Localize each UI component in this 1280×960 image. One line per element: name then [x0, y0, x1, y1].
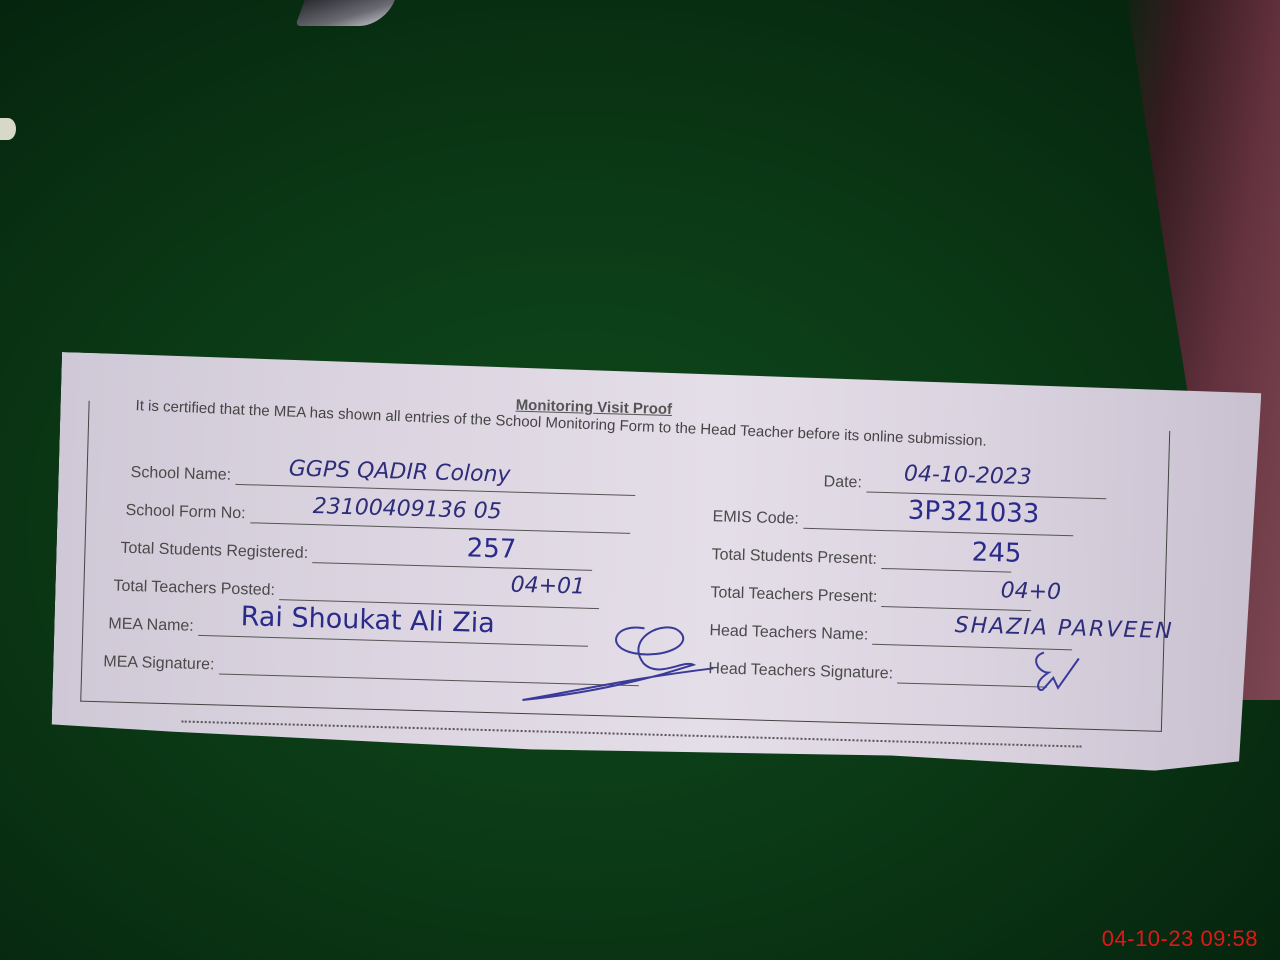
head-teacher-name-label: Head Teachers Name:: [709, 622, 868, 643]
total-students-present-value: 245: [971, 537, 1021, 568]
monitoring-visit-proof-slip: Monitoring Visit Proof It is certified t…: [51, 352, 1261, 773]
total-students-present-label: Total Students Present:: [711, 546, 877, 568]
school-name-label: School Name:: [130, 464, 231, 484]
emis-code-value: 3P321033: [907, 496, 1039, 530]
school-form-no-label: School Form No:: [125, 502, 245, 522]
total-students-registered-value: 257: [466, 533, 516, 564]
camera-timestamp: 04-10-23 09:58: [1102, 926, 1258, 952]
pen-object: [295, 0, 394, 26]
total-teachers-present-value: 04+0: [1000, 578, 1061, 605]
total-teachers-posted-value: 04+01: [510, 573, 585, 600]
total-teachers-posted-label: Total Teachers Posted:: [113, 578, 275, 600]
school-form-no-value: 23100409136 05: [312, 494, 502, 524]
paper-scrap: [0, 118, 16, 140]
date-value: 04-10-2023: [904, 462, 1033, 491]
total-teachers-present-label: Total Teachers Present:: [710, 584, 877, 606]
mea-signature-label: MEA Signature:: [103, 653, 215, 673]
date-label: Date:: [823, 473, 862, 491]
mea-name-label: MEA Name:: [108, 615, 194, 634]
emis-code-label: EMIS Code:: [712, 508, 799, 527]
head-teacher-signature-scribble: [1023, 647, 1094, 699]
